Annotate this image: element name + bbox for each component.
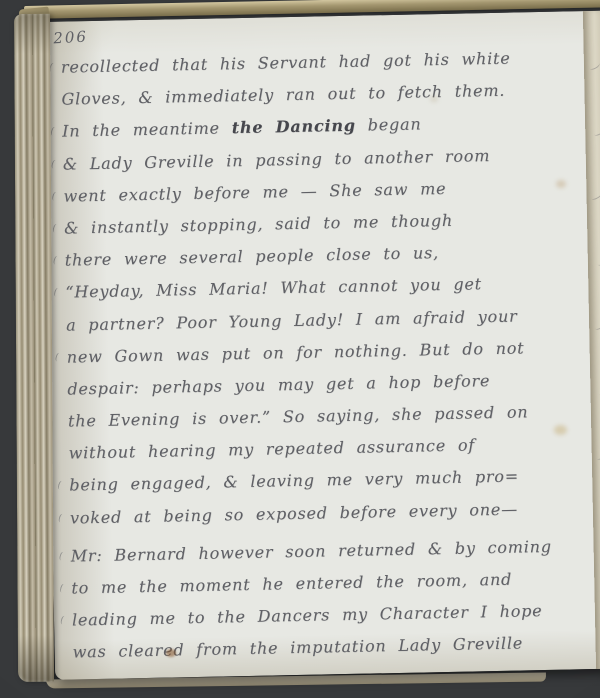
ink-fragment [596,257,600,268]
ink-fragment [590,191,600,202]
manuscript-scan: 206 recollected that his Servant had got… [0,0,600,698]
manuscript-page: 206 recollected that his Servant had got… [42,11,600,680]
next-page-fore-edge [583,11,600,669]
ink-fragment [588,61,600,72]
page-number: 206 [53,27,89,47]
ink-fragment [595,451,600,462]
manuscript-lines: recollected that his Servant had got his… [61,41,587,669]
ink-fragment [593,321,600,332]
ink-fragment [593,127,600,138]
page-edge-stack [14,14,54,682]
